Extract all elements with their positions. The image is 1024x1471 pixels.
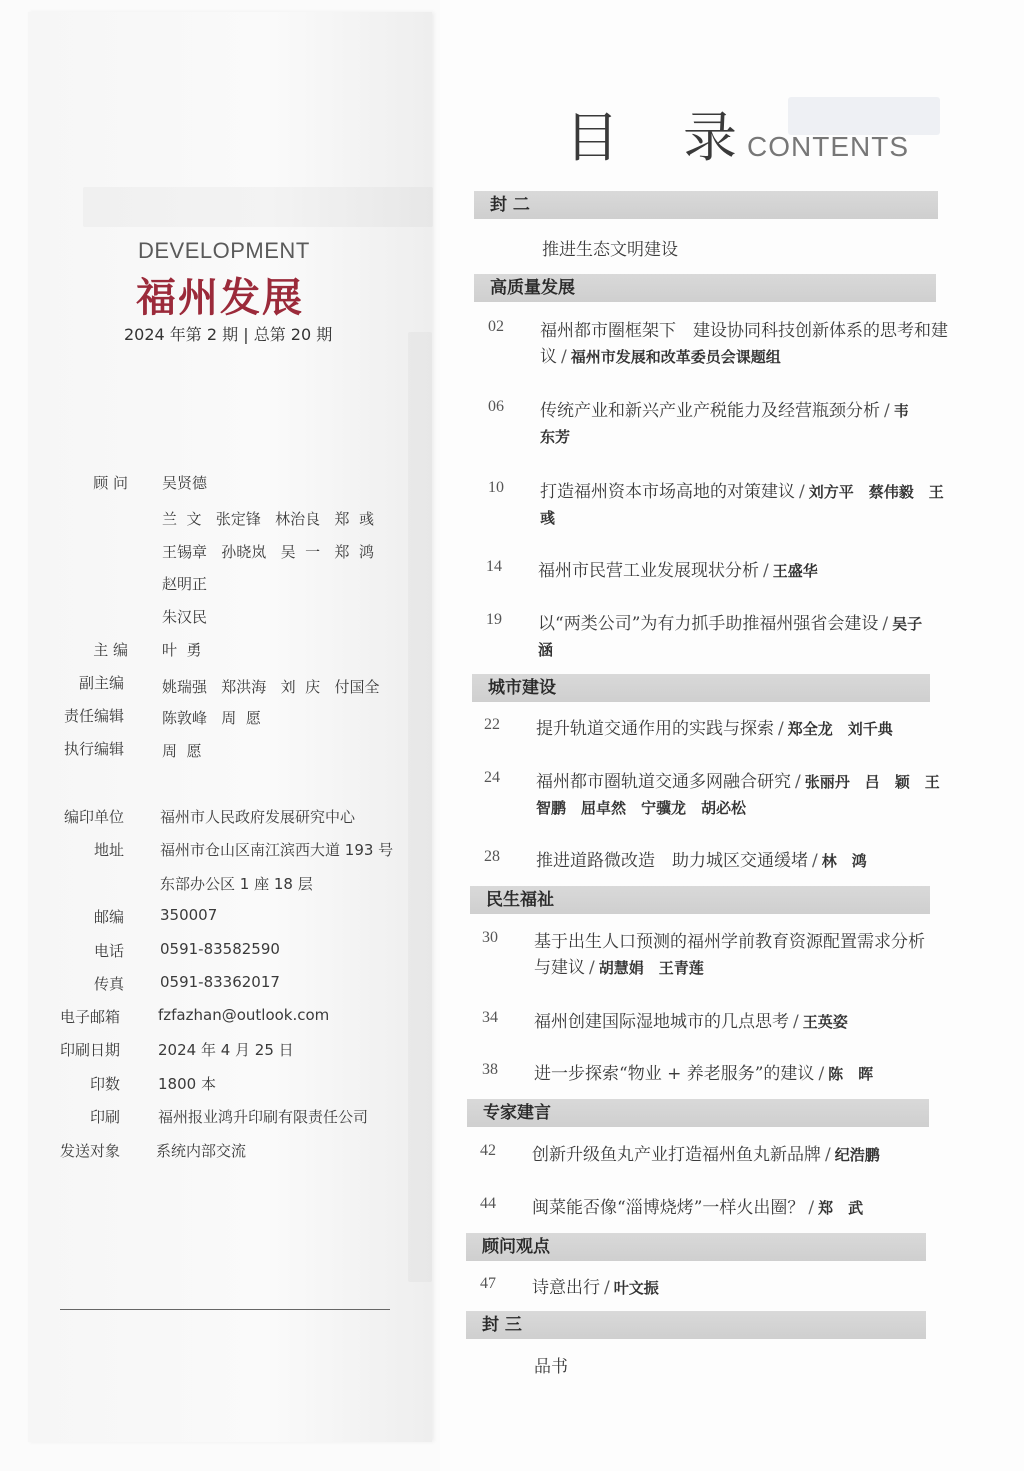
page-number: 34 <box>482 1009 498 1027</box>
info-label: 编印单位 <box>20 806 124 827</box>
staff-label: 副主编 <box>20 672 124 693</box>
info-value: 系统内部交流 <box>156 1140 246 1161</box>
info-value: 东部办公区 1 座 18 层 <box>160 873 313 894</box>
toc-title-cn-2: 录 <box>683 106 739 169</box>
toc-section-header: 民生福祉 <box>470 886 930 914</box>
toc-section-header: 封 三 <box>466 1311 926 1339</box>
entry-title: 福州都市圈轨道交通多网融合研究 <box>536 772 791 792</box>
entry-author: 叶文振 <box>614 1279 659 1297</box>
toc-section-header: 专家建言 <box>467 1099 929 1127</box>
entry-author: 王英姿 <box>803 1013 848 1031</box>
info-value: 福州市人民政府发展研究中心 <box>160 806 355 827</box>
entry-author: 福州市发展和改革委员会课题组 <box>571 348 781 366</box>
entry-title: 以“两类公司”为有力抓手助推福州强省会建设 <box>538 614 878 634</box>
toc-title: 目录CONTENTS <box>565 95 909 172</box>
page-number: 02 <box>488 318 504 336</box>
info-label: 印刷 <box>16 1106 120 1127</box>
entry-author: 郑 武 <box>818 1199 863 1217</box>
page-number: 28 <box>484 848 500 866</box>
staff-value: 陈敦峰 周 愿 <box>162 707 261 728</box>
info-label: 电话 <box>20 940 124 961</box>
entry-author: 林 鸿 <box>822 852 867 870</box>
info-label: 印数 <box>16 1073 120 1094</box>
entry-title: 推进道路微改造 助力城区交通缓堵 <box>536 851 808 871</box>
staff-label: 执行编辑 <box>20 738 124 759</box>
info-label: 传真 <box>20 973 124 994</box>
staff-value: 赵明正 <box>162 573 207 594</box>
info-value: 福州市仓山区南江滨西大道 193 号 <box>160 839 393 860</box>
info-label: 印刷日期 <box>16 1039 120 1060</box>
entry-author: 胡慧娟 王青莲 <box>599 959 704 977</box>
entry-title: 提升轨道交通作用的实践与探索 <box>536 719 774 739</box>
info-label: 发送对象 <box>16 1140 120 1161</box>
entry-author: 纪浩鹏 <box>835 1146 880 1164</box>
info-label: 地址 <box>20 839 124 860</box>
staff-value: 姚瑞强 郑洪海 刘 庆 付国全 <box>162 676 379 697</box>
info-label: 邮编 <box>20 906 124 927</box>
staff-value: 兰 文 张定锋 林治良 郑 彧 <box>162 508 374 529</box>
masthead-chinese-title: 福州发展 <box>136 266 304 323</box>
entry-title: 闽菜能否像“淄博烧烤”一样火出圈？ <box>532 1198 804 1218</box>
staff-value: 王锡章 孙晓岚 吴 一 郑 鸿 <box>162 541 374 562</box>
staff-label: 顾 问 <box>24 472 128 493</box>
staff-label: 主 编 <box>24 639 128 660</box>
page-number: 06 <box>488 398 504 416</box>
entry-title: 打造福州资本市场高地的对策建议 <box>540 482 795 502</box>
info-value: 0591-83582590 <box>160 940 280 958</box>
page-number: 44 <box>480 1195 496 1213</box>
entry-author: 王盛华 <box>773 562 818 580</box>
page-number: 47 <box>480 1275 496 1293</box>
page-number: 19 <box>486 611 502 629</box>
toc-section-header: 高质量发展 <box>474 274 936 302</box>
email-value: fzfazhan@outlook.com <box>158 1006 329 1024</box>
page-number: 24 <box>484 769 500 787</box>
masthead-english-title: DEVELOPMENT <box>138 238 310 264</box>
staff-value: 吴贤德 <box>162 472 207 493</box>
entry-title: 福州创建国际湿地城市的几点思考 <box>534 1012 789 1032</box>
toc-section-header: 城市建设 <box>472 674 930 702</box>
info-value: 350007 <box>160 906 217 924</box>
bleed-through-text <box>408 332 432 1282</box>
toc-title-cn-1: 目 <box>565 106 621 169</box>
info-value: 2024 年 4 月 25 日 <box>158 1039 294 1060</box>
page-number: 38 <box>482 1061 498 1079</box>
toc-title-en: CONTENTS <box>747 131 909 162</box>
info-value: 福州报业鸿升印刷有限责任公司 <box>158 1106 368 1127</box>
page-number: 22 <box>484 716 500 734</box>
info-value: 1800 本 <box>158 1073 216 1094</box>
entry-title: 进一步探索“物业 + 养老服务”的建议 <box>534 1064 814 1084</box>
page-number: 42 <box>480 1142 496 1160</box>
entry-title: 传统产业和新兴产业产税能力及经营瓶颈分析 <box>540 401 880 421</box>
page-number: 10 <box>488 479 504 497</box>
info-value: 0591-83362017 <box>160 973 280 991</box>
info-label: 电子邮箱 <box>16 1006 120 1027</box>
entry-title: 推进生态文明建设 <box>542 237 942 263</box>
entry-title: 创新升级鱼丸产业打造福州鱼丸新品牌 <box>532 1145 821 1165</box>
entry-author: 郑全龙 刘千典 <box>788 720 893 738</box>
staff-value: 朱汉民 <box>162 606 207 627</box>
staff-value: 叶 勇 <box>162 639 202 660</box>
page-number: 14 <box>486 558 502 576</box>
issue-number: 2024 年第 2 期 | 总第 20 期 <box>124 322 332 345</box>
entry-title: 诗意出行 <box>532 1278 600 1298</box>
entry-title: 福州市民营工业发展现状分析 <box>538 561 759 581</box>
entry-title: 品书 <box>534 1354 934 1380</box>
toc-section-header: 顾问观点 <box>466 1233 926 1261</box>
toc-section-header: 封 二 <box>474 191 938 219</box>
divider-line <box>60 1309 390 1310</box>
staff-label: 责任编辑 <box>20 705 124 726</box>
staff-value: 周 愿 <box>162 740 202 761</box>
page-number: 30 <box>482 929 498 947</box>
bleed-through-text <box>83 187 433 227</box>
entry-author: 陈 晖 <box>828 1065 873 1083</box>
